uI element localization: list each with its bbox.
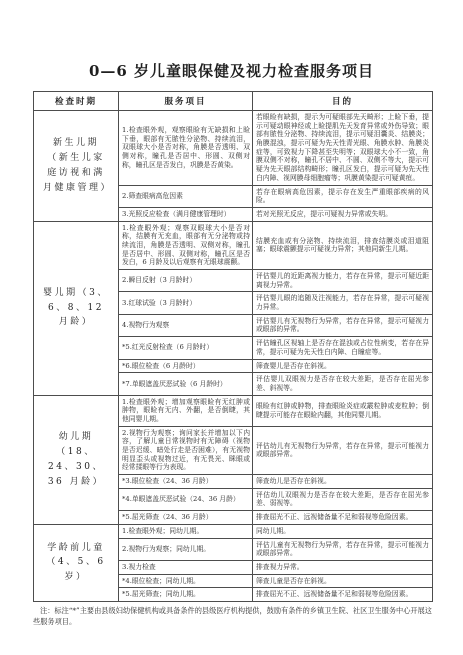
service-cell: *5.屈光筛查（24、36 月龄）	[119, 511, 253, 525]
table-row: 婴儿期（3、6、8、12 月龄）1.检查眼外观；观察双眼球大小是否对称，结膜有无…	[34, 221, 433, 269]
period-cell: 新生儿期（新生儿家庭访视和满月健康管理）	[34, 111, 119, 222]
service-cell: 2.视物行为观察；同幼儿期。	[119, 538, 253, 560]
service-cell: 3.红球试验（3 月龄时）	[119, 292, 253, 314]
service-cell: 1.检查眼外观；同幼儿期。	[119, 524, 253, 538]
purpose-cell: 若存在眼病高危因素，提示存在发生严重眼部疾病的风险。	[253, 185, 433, 207]
table-row: 幼儿期（18、24、30、36 月龄）1.检查眼外观；增加观察眼睑有无红肿或肿物…	[34, 395, 433, 426]
purpose-cell: 评估婴儿双眼视力是否存在较大差距，是否存在屈光参差、斜视等。	[253, 373, 433, 395]
header-period: 检查时期	[34, 92, 119, 111]
page-title: 0—6 岁儿童眼保健及视力检查服务项目	[0, 0, 463, 81]
purpose-cell: 排查屈光不正、远视储备量不足和弱视等危险因素。	[253, 511, 433, 525]
purpose-cell: 同幼儿期。	[253, 524, 433, 538]
service-cell: 2.视物行为观察；询问家长并增加以下内容，了解儿童日常视物时有无障碍（视物是否迟…	[119, 426, 253, 474]
purpose-cell: 评估婴儿的近距离视力能力，若存在异常，提示可疑近距离视力异常。	[253, 270, 433, 292]
service-cell: 2.瞬目反射（3 月龄时）	[119, 270, 253, 292]
footnote: 注：标注“*”主要由县级妇幼保健机构或具备条件的县级医疗机构提供，鼓励有条件的乡…	[33, 606, 432, 628]
purpose-cell: 筛查儿童是否存在斜视。	[253, 574, 433, 588]
service-cell: *5.屈光筛查；同幼儿期。	[119, 588, 253, 602]
period-cell: 幼儿期（18、24、30、36 月龄）	[34, 395, 119, 524]
purpose-cell: 若对光照无反应，提示可疑视力异常或失明。	[253, 207, 433, 221]
service-cell: 3.光照反应检查（满月健康管理时）	[119, 207, 253, 221]
purpose-cell: 排查视力异常。	[253, 560, 433, 574]
purpose-cell: 眼睑有红肿或肿物，排查眼睑炎症或霰粒肿或麦粒肿；倒睫提示可能存在眼睑内翻，其他同…	[253, 395, 433, 426]
service-cell: 1.检查眼外观；观察双眼球大小是否对称，结膜有无充血，眼部有无分泌物或持续流泪，…	[119, 221, 253, 269]
table-body: 新生儿期（新生儿家庭访视和满月健康管理）1.检查眼外观，观察眼睑有无缺损和上睑下…	[34, 111, 433, 602]
table-row: 学龄前儿童（4、5、6 岁）1.检查眼外观；同幼儿期。同幼儿期。	[34, 524, 433, 538]
purpose-cell: 若眼睑有缺损，提示为可疑眼部先天畸形；上睑下垂，提示可疑动眼神经或上睑提肌先天发…	[253, 111, 433, 186]
purpose-cell: 评估瞳孔区视轴上是否存在混浊或占位性病变，若存在异常，提示可疑为先天性白内障、白…	[253, 337, 433, 359]
period-cell: 学龄前儿童（4、5、6 岁）	[34, 524, 119, 601]
header-purpose: 目的	[253, 92, 433, 111]
header-service: 服务项目	[119, 92, 253, 111]
document-page: 0—6 岁儿童眼保健及视力检查服务项目 检查时期 服务项目 目的 新生儿期（新生…	[0, 0, 463, 655]
service-cell: 1.检查眼外观，观察眼睑有无缺损和上睑下垂，眼部有无脓性分泌物、持续流泪，双眼球…	[119, 111, 253, 186]
purpose-cell: 筛查幼儿是否存在斜视。	[253, 475, 433, 489]
service-cell: *5.红光反射检查（6 月龄时）	[119, 337, 253, 359]
service-cell: *4.眼位检查；同幼儿期。	[119, 574, 253, 588]
service-cell: 1.检查眼外观；增加观察眼睑有无红肿或肿物，眼睑有无内、外翻，是否倒睫，其他同婴…	[119, 395, 253, 426]
service-table: 检查时期 服务项目 目的 新生儿期（新生儿家庭访视和满月健康管理）1.检查眼外观…	[33, 91, 433, 602]
purpose-cell: 排查屈光不正、远视储备量不足和弱视等危险因素。	[253, 588, 433, 602]
table-row: 新生儿期（新生儿家庭访视和满月健康管理）1.检查眼外观，观察眼睑有无缺损和上睑下…	[34, 111, 433, 186]
purpose-cell: 评估幼儿有无视物行为异常，若存在异常，提示可能视力或眼部异常。	[253, 426, 433, 474]
header-row: 检查时期 服务项目 目的	[34, 92, 433, 111]
purpose-cell: 评估儿童有无视物行为异常，若存在异常，提示可能视力或眼部异常。	[253, 538, 433, 560]
period-cell: 婴儿期（3、6、8、12 月龄）	[34, 221, 119, 395]
service-cell: 3.视力检查	[119, 560, 253, 574]
service-cell: 2.筛查眼病高危因素	[119, 185, 253, 207]
service-cell: *3.眼位检查（24、36 月龄）	[119, 475, 253, 489]
service-cell: *4.单眼遮盖厌恶试验（24、36 月龄）	[119, 488, 253, 510]
purpose-cell: 筛查婴儿是否存在斜视。	[253, 359, 433, 373]
table-header: 检查时期 服务项目 目的	[34, 92, 433, 111]
service-cell: *6.眼位检查（6 月龄时）	[119, 359, 253, 373]
purpose-cell: 评估婴儿有无视物行为异常，若存在异常，提示可疑视力或眼部的异常。	[253, 314, 433, 336]
purpose-cell: 评估婴儿眼的追随及注视能力，若存在异常，提示可疑视力异常。	[253, 292, 433, 314]
service-cell: 4.视物行为观察	[119, 314, 253, 336]
purpose-cell: 评估幼儿双眼视力是否存在较大差距，是否存在屈光参差、弱视等。	[253, 488, 433, 510]
service-cell: *7.单眼遮盖厌恶试验（6 月龄时）	[119, 373, 253, 395]
purpose-cell: 结膜充血或有分泌物、持续流泪，排查结膜炎或泪道阻塞；眼球震颤提示可疑视力异常；其…	[253, 221, 433, 269]
